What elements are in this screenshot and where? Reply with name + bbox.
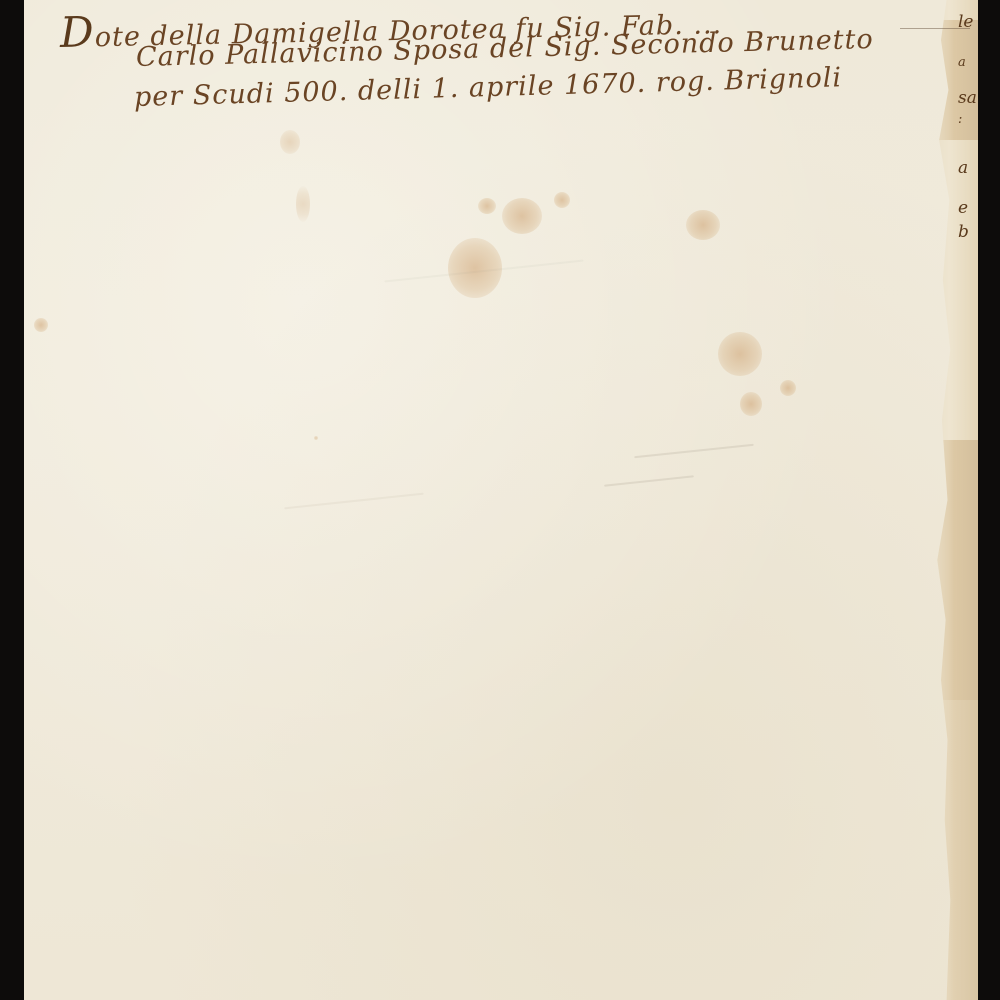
stain bbox=[554, 192, 570, 208]
stain bbox=[296, 186, 310, 222]
faint-rule-line bbox=[900, 28, 970, 29]
underlying-fragment: a bbox=[958, 158, 968, 178]
scan-stage: le a sa : a e b Dote della Damigella Dor… bbox=[0, 0, 1000, 1000]
handwritten-inscription: Dote della Damigella Dorotea fu Sig. Fab… bbox=[24, 0, 954, 170]
stain bbox=[314, 436, 318, 440]
bleed-through-mark bbox=[634, 444, 754, 459]
stain bbox=[780, 380, 796, 396]
stain bbox=[740, 392, 762, 416]
underlying-fragment: a bbox=[958, 55, 966, 70]
stain bbox=[686, 210, 720, 240]
stain bbox=[34, 318, 48, 332]
stain bbox=[502, 198, 542, 234]
underlying-fragment: : bbox=[958, 112, 962, 127]
decorated-initial: D bbox=[59, 7, 95, 57]
stain bbox=[718, 332, 762, 376]
underlying-fragment: e bbox=[958, 198, 968, 218]
underlying-fragment: sa bbox=[958, 88, 977, 108]
manuscript-sheet: Dote della Damigella Dorotea fu Sig. Fab… bbox=[24, 0, 954, 1000]
bleed-through-mark bbox=[284, 493, 423, 510]
stain bbox=[478, 198, 496, 214]
bleed-through-mark bbox=[604, 475, 694, 486]
underlying-fragment: le bbox=[958, 12, 974, 32]
underlying-fragment: b bbox=[958, 222, 969, 242]
